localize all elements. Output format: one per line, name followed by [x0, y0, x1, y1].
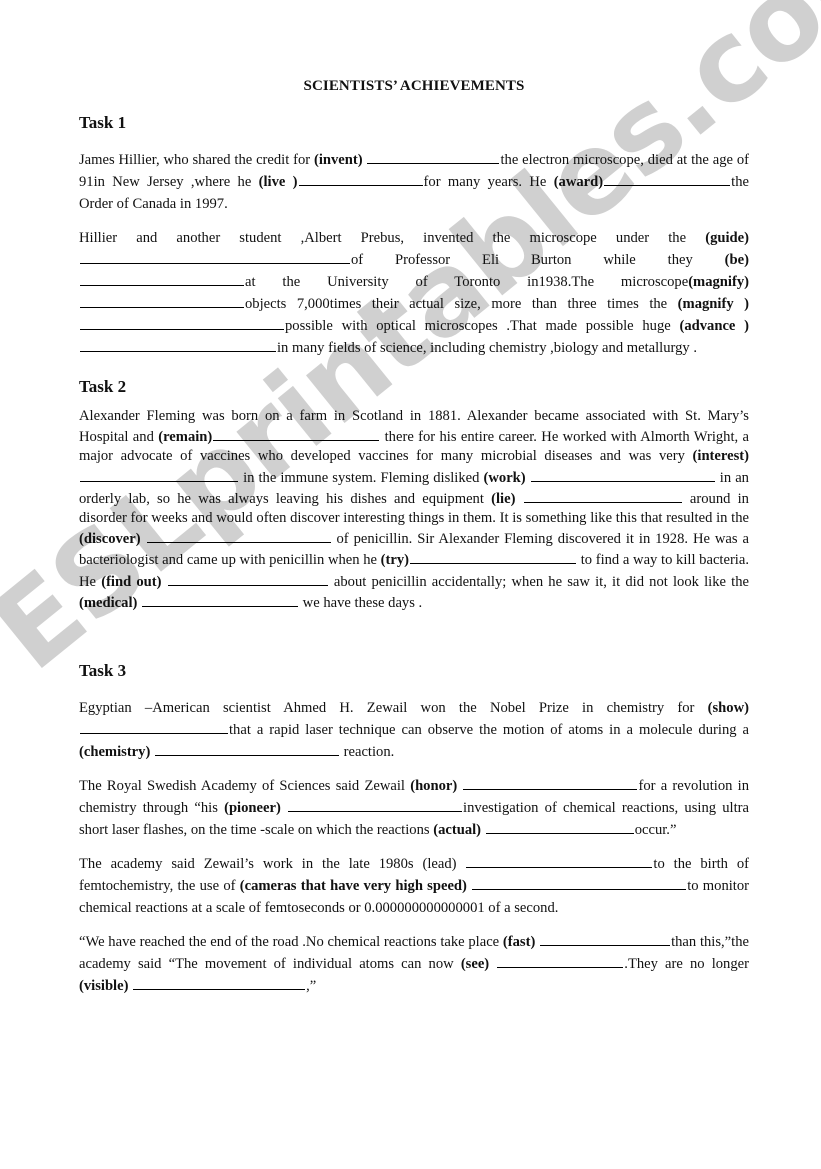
verb-cue: (guide): [705, 230, 749, 246]
answer-blank[interactable]: [80, 271, 244, 286]
answer-blank[interactable]: [410, 549, 576, 564]
task-3-paragraph-3: The academy said Zewail’s work in the la…: [79, 853, 749, 919]
answer-blank[interactable]: [80, 719, 228, 734]
verb-cue: (honor): [410, 778, 457, 794]
answer-blank[interactable]: [299, 171, 423, 186]
verb-cue: (visible): [79, 978, 128, 994]
answer-blank[interactable]: [80, 249, 350, 264]
task-1-paragraph-2: Hillier and another student ,Albert Preb…: [79, 227, 749, 359]
task-2-section: Task 2 Alexander Fleming was born on a f…: [79, 377, 749, 613]
verb-cue: (be): [725, 252, 749, 268]
verb-cue: (medical): [79, 595, 137, 611]
verb-cue: (see): [461, 956, 489, 972]
answer-blank[interactable]: [80, 337, 276, 352]
answer-blank[interactable]: [288, 797, 462, 812]
answer-blank[interactable]: [367, 149, 499, 164]
verb-cue: (find out): [101, 574, 161, 590]
verb-cue: (magnify ): [678, 296, 749, 312]
task-1-paragraph-1: James Hillier, who shared the credit for…: [79, 149, 749, 215]
task-1-heading: Task 1: [79, 113, 749, 133]
answer-blank[interactable]: [80, 293, 244, 308]
answer-blank[interactable]: [168, 571, 328, 586]
verb-cue: (work): [484, 470, 526, 486]
verb-cue: (invent): [314, 152, 363, 168]
answer-blank[interactable]: [213, 426, 379, 441]
answer-blank[interactable]: [80, 467, 238, 482]
verb-cue: (show): [708, 700, 749, 716]
verb-cue: (advance ): [679, 318, 749, 334]
task-2-heading: Task 2: [79, 377, 749, 397]
answer-blank[interactable]: [142, 592, 298, 607]
verb-cue: (magnify): [688, 274, 749, 290]
verb-cue: (lie): [491, 491, 515, 507]
task-3-paragraph-2: The Royal Swedish Academy of Sciences sa…: [79, 775, 749, 841]
verb-cue: (cameras that have very high speed): [240, 878, 467, 894]
task-1-section: Task 1 James Hillier, who shared the cre…: [79, 113, 749, 359]
task-3-heading: Task 3: [79, 661, 749, 681]
task-3-paragraph-1: Egyptian –American scientist Ahmed H. Ze…: [79, 697, 749, 763]
verb-cue: (try): [381, 552, 409, 568]
verb-cue: (interest): [693, 448, 749, 464]
answer-blank[interactable]: [472, 875, 686, 890]
verb-cue: (live ): [259, 174, 298, 190]
answer-blank[interactable]: [133, 975, 305, 990]
answer-blank[interactable]: [604, 171, 730, 186]
worksheet-page: SCIENTISTS’ ACHIEVEMENTS Task 1 James Hi…: [79, 78, 749, 1009]
task-3-paragraph-4: “We have reached the end of the road .No…: [79, 931, 749, 997]
verb-cue: (actual): [433, 822, 481, 838]
verb-cue: (remain): [158, 429, 212, 445]
verb-cue: (pioneer): [224, 800, 281, 816]
answer-blank[interactable]: [147, 528, 331, 543]
verb-cue: (discover): [79, 531, 141, 547]
verb-cue: (fast): [503, 934, 535, 950]
verb-cue: (award): [554, 174, 603, 190]
answer-blank[interactable]: [80, 315, 284, 330]
answer-blank[interactable]: [486, 819, 634, 834]
answer-blank[interactable]: [540, 931, 670, 946]
answer-blank[interactable]: [497, 953, 623, 968]
answer-blank[interactable]: [155, 741, 339, 756]
answer-blank[interactable]: [466, 853, 652, 868]
answer-blank[interactable]: [463, 775, 637, 790]
answer-blank[interactable]: [524, 488, 682, 503]
task-2-paragraph-1: Alexander Fleming was born on a farm in …: [79, 407, 749, 613]
page-title: SCIENTISTS’ ACHIEVEMENTS: [79, 78, 749, 95]
verb-cue: (chemistry): [79, 744, 150, 760]
answer-blank[interactable]: [531, 467, 715, 482]
spacer: [79, 625, 749, 661]
task-3-section: Task 3 Egyptian –American scientist Ahme…: [79, 661, 749, 997]
